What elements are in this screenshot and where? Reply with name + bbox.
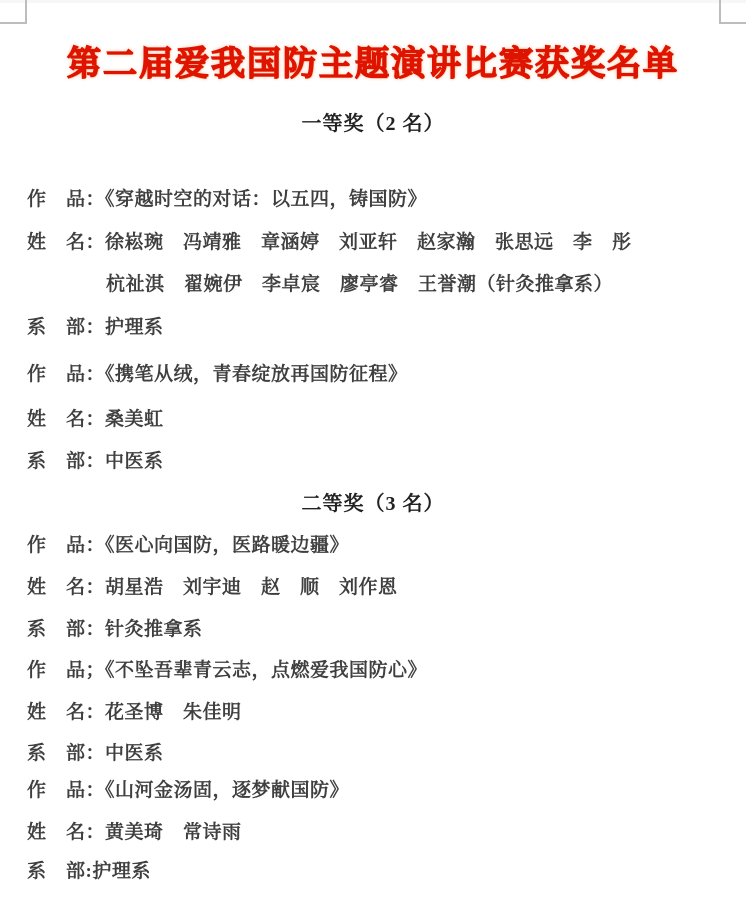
first-prize-entry2-dept-line: 系 部：中医系 [27, 446, 164, 473]
section-heading-second-prize: 二等奖（3 名） [0, 487, 746, 516]
second-prize-entry3-names-line1: 姓 名：黄美琦 常诗雨 [27, 817, 242, 844]
second-prize-entry2-dept-line: 系 部：中医系 [27, 738, 164, 765]
section-heading-first-prize: 一等奖（2 名） [0, 107, 746, 136]
first-prize-entry1-names-line2: 杭祉淇 翟婉伊 李卓宸 廖亭睿 王誉潮（针灸推拿系） [106, 269, 613, 296]
document-title: 第二届爱我国防主题演讲比赛获奖名单 [0, 36, 746, 85]
second-prize-entry3-dept-line: 系 部:护理系 [27, 856, 151, 883]
second-prize-entry1-work-line: 作 品：《医心向国防，医路暖边疆》 [27, 530, 349, 557]
second-prize-entry1-names-line1: 姓 名：胡星浩 刘宇迪 赵 顺 刘作恩 [27, 572, 398, 599]
first-prize-entry2-names-line1: 姓 名：桑美虹 [27, 404, 164, 431]
second-prize-entry3-work-line: 作 品：《山河金汤固，逐梦献国防》 [27, 775, 349, 802]
first-prize-entry1-dept-line: 系 部：护理系 [27, 312, 164, 339]
second-prize-entry2-names-line1: 姓 名：花圣博 朱佳明 [27, 697, 242, 724]
first-prize-entry1-work-line: 作 品：《穿越时空的对话：以五四，铸国防》 [27, 184, 427, 211]
page-top-edge [0, 0, 746, 3]
margin-cropmark-topleft-icon [0, 0, 27, 24]
first-prize-entry1-names-line1: 姓 名：徐崧琬 冯靖雅 章涵婷 刘亚轩 赵家瀚 张思远 李 彤 [27, 227, 632, 254]
margin-cropmark-topright-icon [719, 0, 746, 24]
first-prize-entry2-work-line: 作 品：《携笔从绒，青春绽放再国防征程》 [27, 359, 408, 386]
document-page: 第二届爱我国防主题演讲比赛获奖名单 一等奖（2 名） 作 品：《穿越时空的对话：… [0, 0, 746, 920]
second-prize-entry2-work-line: 作 品；《不坠吾辈青云志，点燃爱我国防心》 [27, 655, 427, 682]
second-prize-entry1-dept-line: 系 部：针灸推拿系 [27, 614, 203, 641]
